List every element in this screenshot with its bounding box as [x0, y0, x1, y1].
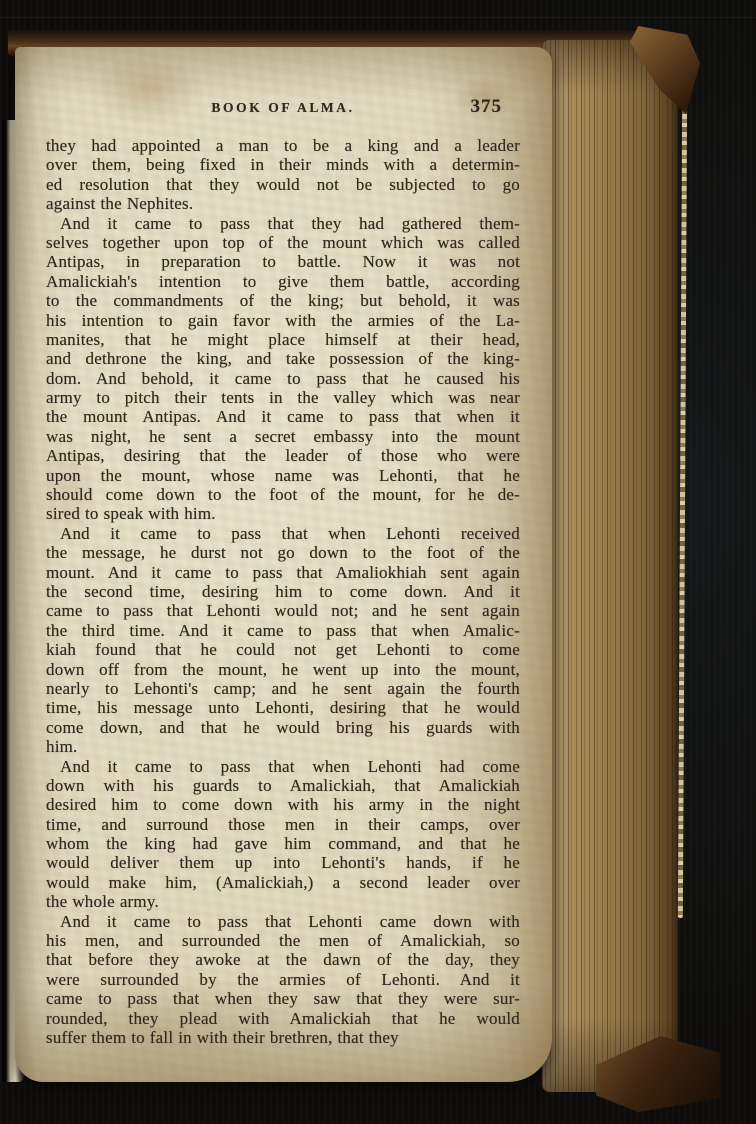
book-fore-edge — [542, 40, 678, 1092]
text-line: dom. And behold, it came to pass that he… — [46, 369, 520, 388]
running-header: BOOK OF ALMA. 375 — [46, 96, 520, 136]
text-line: selves together upon top of the mount wh… — [46, 233, 520, 252]
text-line: his intention to gain favor with the arm… — [46, 311, 520, 330]
text-line: his men, and surrounded the men of Amali… — [46, 931, 520, 950]
text-line: came to pass that when they saw that the… — [46, 989, 520, 1008]
text-line: against the Nephites. — [46, 194, 520, 213]
text-line: mount. And it came to pass that Amaliokh… — [46, 563, 520, 582]
paragraph: And it came to pass that when Lehonti ha… — [46, 757, 520, 912]
text-line: down with his guards to Amalickiah, that… — [46, 776, 520, 795]
text-line: the whole army. — [46, 892, 520, 911]
text-line: And it came to pass that when Lehonti ha… — [46, 757, 520, 776]
text-line: would make him, (Amalickiah,) a second l… — [46, 873, 520, 892]
text-line: time, his message unto Lehonti, desiring… — [46, 698, 520, 717]
text-line: and dethrone the king, and take possessi… — [46, 349, 520, 368]
text-line: over them, being fixed in their minds wi… — [46, 155, 520, 174]
page-text: BOOK OF ALMA. 375 they had appointed a m… — [46, 96, 520, 1047]
text-line: were surrounded by the armies of Lehonti… — [46, 970, 520, 989]
text-line: And it came to pass that when Lehonti re… — [46, 524, 520, 543]
page-number: 375 — [471, 96, 503, 118]
text-line: nearly to Lehonti's camp; and he sent ag… — [46, 679, 520, 698]
fore-edge-highlight — [678, 96, 687, 918]
text-line: should come down to the foot of the moun… — [46, 485, 520, 504]
running-header-title: BOOK OF ALMA. — [46, 96, 520, 116]
book-photo: BOOK OF ALMA. 375 they had appointed a m… — [0, 0, 756, 1124]
text-line: suffer them to fall in with their brethr… — [46, 1028, 520, 1047]
text-line: him. — [46, 737, 520, 756]
text-line: the third time. And it came to pass that… — [46, 621, 520, 640]
text-line: army to pitch their tents in the valley … — [46, 388, 520, 407]
text-line: to the commandments of the king; but beh… — [46, 291, 520, 310]
text-line: manites, that he might place himself at … — [46, 330, 520, 349]
text-line: was night, he sent a secret embassy into… — [46, 427, 520, 446]
text-line: they had appointed a man to be a king an… — [46, 136, 520, 155]
text-line: desired him to come down with his army i… — [46, 795, 520, 814]
paragraph: they had appointed a man to be a king an… — [46, 136, 520, 214]
text-line: Antipas, in preparation to battle. Now i… — [46, 252, 520, 271]
paragraph: And it came to pass that when Lehonti re… — [46, 524, 520, 757]
text-line: the mount Antipas. And it came to pass t… — [46, 407, 520, 426]
text-line: And it came to pass that they had gather… — [46, 214, 520, 233]
text-line: And it came to pass that Lehonti came do… — [46, 912, 520, 931]
text-line: would deliver them up into Lehonti's han… — [46, 853, 520, 872]
text-line: came to pass that Lehonti would not; and… — [46, 601, 520, 620]
text-line: ed resolution that they would not be sub… — [46, 175, 520, 194]
text-line: rounded, they plead with Amalickiah that… — [46, 1009, 520, 1028]
text-line: upon the mount, whose name was Lehonti, … — [46, 466, 520, 485]
text-line: Antipas, desiring that the leader of tho… — [46, 446, 520, 465]
text-line: the message, he durst not go down to the… — [46, 543, 520, 562]
paragraph: And it came to pass that they had gather… — [46, 214, 520, 524]
text-line: whom the king had gave him command, and … — [46, 834, 520, 853]
text-line: kiah found that he could not get Lehonti… — [46, 640, 520, 659]
text-line: Amalickiah's intention to give them batt… — [46, 272, 520, 291]
paragraph: And it came to pass that Lehonti came do… — [46, 912, 520, 1048]
text-line: sired to speak with him. — [46, 504, 520, 523]
backdrop-seam — [0, 17, 756, 18]
text-line: time, and surround those men in their ca… — [46, 815, 520, 834]
text-line: that before they awoke at the dawn of th… — [46, 950, 520, 969]
text-line: down off from the mount, he went up into… — [46, 660, 520, 679]
text-line: come down, and that he would bring his g… — [46, 718, 520, 737]
body-text: they had appointed a man to be a king an… — [46, 136, 520, 1047]
text-line: the second time, desiring him to come do… — [46, 582, 520, 601]
